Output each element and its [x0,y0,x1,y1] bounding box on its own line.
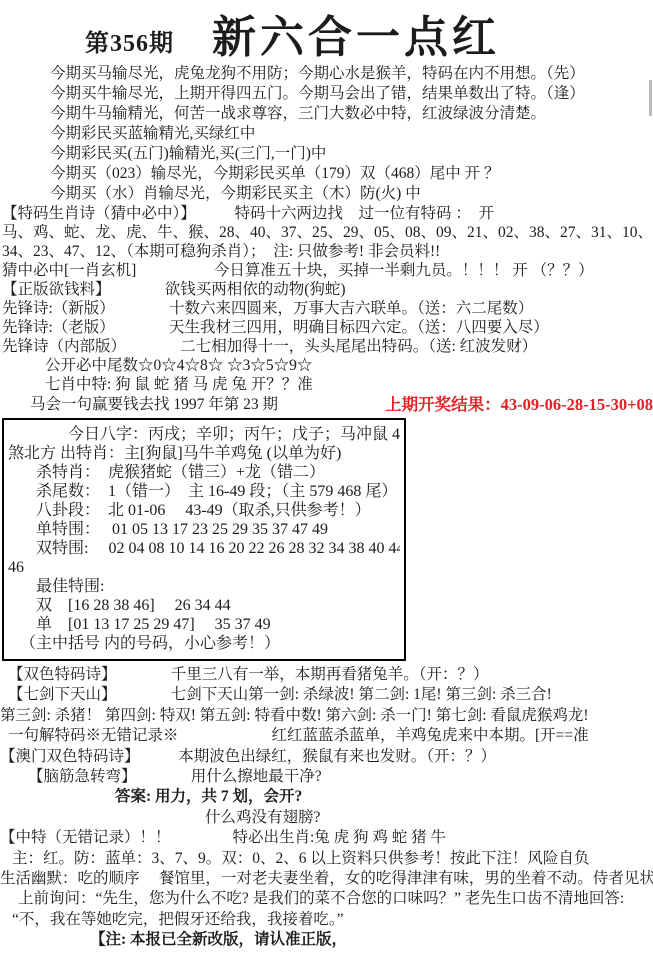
box-line-9: 双 [16 28 38 46] 26 34 44 [36,596,400,615]
tip-line-8: 公开必中尾数☆0☆4☆8☆ ☆3☆5☆9☆ [45,356,653,375]
poem-line-2: 今期牛马输精光，何苦一战求尊容，三门大数必中特，红波绿波分清楚。 [50,104,653,124]
box-line-6: 双特围: 02 04 08 10 14 16 20 22 26 28 32 34… [36,539,400,558]
poem-line-4: 今期彩民买(五门)输精光,买(三门,一门)中 [50,144,653,164]
bottom-line-13: 【注: 本报已全新改版，请认准正版， [90,930,653,950]
box-line-4: 八卦段： 北 01-06 43-49（取杀,只供参考！） [36,501,400,520]
poem-line-0: 今期买马输尽光，虎兔龙狗不用防；今期心水是猴羊，特码在内不用想。（先） [50,64,653,84]
bottom-line-12: “不，我在等她吃完，把假牙还给我，我接着吃。” [12,910,653,930]
box-line-1: 煞北方 出特肖：主[狗鼠]马牛羊鸡兔 (以单为好) [8,444,400,463]
bottom-line-10: 生活幽默：吃的顺序 餐馆里，一对老夫妻坐着，女的吃得津津有味，男的坐着不动。侍者… [0,869,653,889]
box-line-3: 杀尾数： 1（错一） 主 16-49 段；（主 579 468 尾） [36,482,400,501]
box-line-10: 单 [01 13 17 25 29 47] 35 37 49 [36,615,400,634]
scan-artifact-mark [649,80,652,116]
poem-line-5: 今期买（023）输尽光，今期彩民买单（179）双（468）尾中 开 ？ [50,164,653,184]
poem-line-6: 今期买（水）肖输尽光，今期彩民买主（木）防(火) 中 [50,184,653,204]
tip-line-6: 先锋诗:（老版） 天生我材三四用，明确目标四六定。（送：八四要入尽） [2,318,653,337]
bottom-line-4: 【澳门双色特码诗】 本期波色出绿红，猴鼠有来也发财。（开：？） [0,747,653,767]
tip-line-2: 34、23、47、12、（本期可稳狗杀肖）； 注: 只做参考! 非会员料!! [2,242,653,261]
bottom-line-3: 一句解特码※无错记录※ 红红蓝蓝杀蓝单，羊鸡兔虎来中本期。[开==准 [8,726,653,746]
tip-line-9: 七肖中特: 狗 鼠 蛇 猪 马 虎 兔 开？？准 [45,375,653,394]
tip-line-4: 【正版欲钱料】 欲钱买两相依的动物(狗蛇) [2,280,653,299]
bottom-line-5: 【脑筋急转弯】 用什么擦地最干净? [28,767,653,787]
page-title: 新六合一点红 [212,16,500,60]
box-line-0: 今日八字：丙戌；辛卯；丙午；戊子；马冲鼠 47 是日 [68,425,400,444]
lottery-sheet: 第356期 新六合一点红 今期买马输尽光，虎兔龙狗不用防；今期心水是猴羊，特码在… [0,0,653,959]
sheet-header: 第356期 新六合一点红 [85,12,653,60]
bottom-line-6: 答案: 用力，共 7 划，会开? [115,787,653,807]
tip-line-0: 【特码生肖诗（猜中必中）】 特码十六两边找 过一位有特码 ： 开 [2,204,653,223]
last-draw-result: 上期开奖结果：43-09-06-28-15-30+08 [385,394,653,415]
tip-line-7: 先锋诗（内部版） 二七相加得十一，头头尾尾出特码。（送: 红波发财） [2,337,653,356]
bazi-analysis-box: 今日八字：丙戌；辛卯；丙午；戊子；马冲鼠 47 是日煞北方 出特肖：主[狗鼠]马… [2,418,406,661]
poem-line-3: 今期彩民买蓝输精光,买绿红中 [50,124,653,144]
box-line-8: 最佳特围: [36,577,400,596]
bottom-line-0: 【双色特码诗】 千里三八有一举，本期再看猪兔羊。（开：？） [8,665,653,685]
box-line-11: （主中括号 内的号码，小心参考！） [20,634,400,653]
poem-line-1: 今期买牛输尽光，上期开得四五门。今期马会出了错，结果单数出了特。（逢） [50,84,653,104]
box-line-2: 杀特肖： 虎猴猪蛇（错三）+龙（错二） [36,463,400,482]
opening-poem-block: 今期买马输尽光，虎兔龙狗不用防；今期心水是猴羊，特码在内不用想。（先）今期买牛输… [0,64,653,204]
bottom-line-7: 什么鸡没有翅膀? [205,808,653,828]
verses-and-humor-block: 【双色特码诗】 千里三八有一举，本期再看猪兔羊。（开：？）【七剑下天山】 七剑下… [0,665,653,950]
bottom-line-9: 主：红。防：蓝单：3、7、9。双：0、2、6 以上资料只供参考！按此下注！风险自… [12,849,653,869]
hint-phrase: 马会一句赢要钱去找 1997 年第 23 期 [30,394,278,415]
tips-block: 【特码生肖诗（猜中必中）】 特码十六两边找 过一位有特码 ： 开马、鸡、蛇、龙、… [0,204,653,394]
box-line-5: 单特围： 01 05 13 17 23 25 29 35 37 47 49 [36,520,400,539]
tip-line-1: 马、鸡、蛇、龙、虎、牛、猴、28、40、37、25、29、05、08、09、21… [2,223,653,242]
bottom-line-1: 【七剑下天山】 七剑下天山第一剑: 杀绿波! 第二剑: 1尾! 第三剑: 杀三合… [8,685,653,705]
box-line-7: 46 [8,558,400,577]
last-draw-row: 马会一句赢要钱去找 1997 年第 23 期 上期开奖结果：43-09-06-2… [0,394,653,415]
tip-line-3: 猜中必中[一肖玄机] 今日算准五十块，买掉一半剩九员。！！！ 开 （？？） [2,261,653,280]
bottom-line-8: 【中特（无错记录）！！ 特必出生肖:兔 虎 狗 鸡 蛇 猪 牛 [0,828,653,848]
tip-line-5: 先锋诗:（新版） 十数六来四圆来，万事大吉六联单。（送：六二尾数） [2,299,653,318]
bottom-line-2: 第三剑: 杀猪！ 第四剑: 特双! 第五剑: 特看中数! 第六剑: 杀一门! 第… [0,706,653,726]
bottom-line-11: 上前询问：“先生，您为什么不吃? 是我们的菜不合您的口味吗？” 老先生口齿不清地… [18,889,653,909]
issue-number: 第356期 [85,32,174,60]
